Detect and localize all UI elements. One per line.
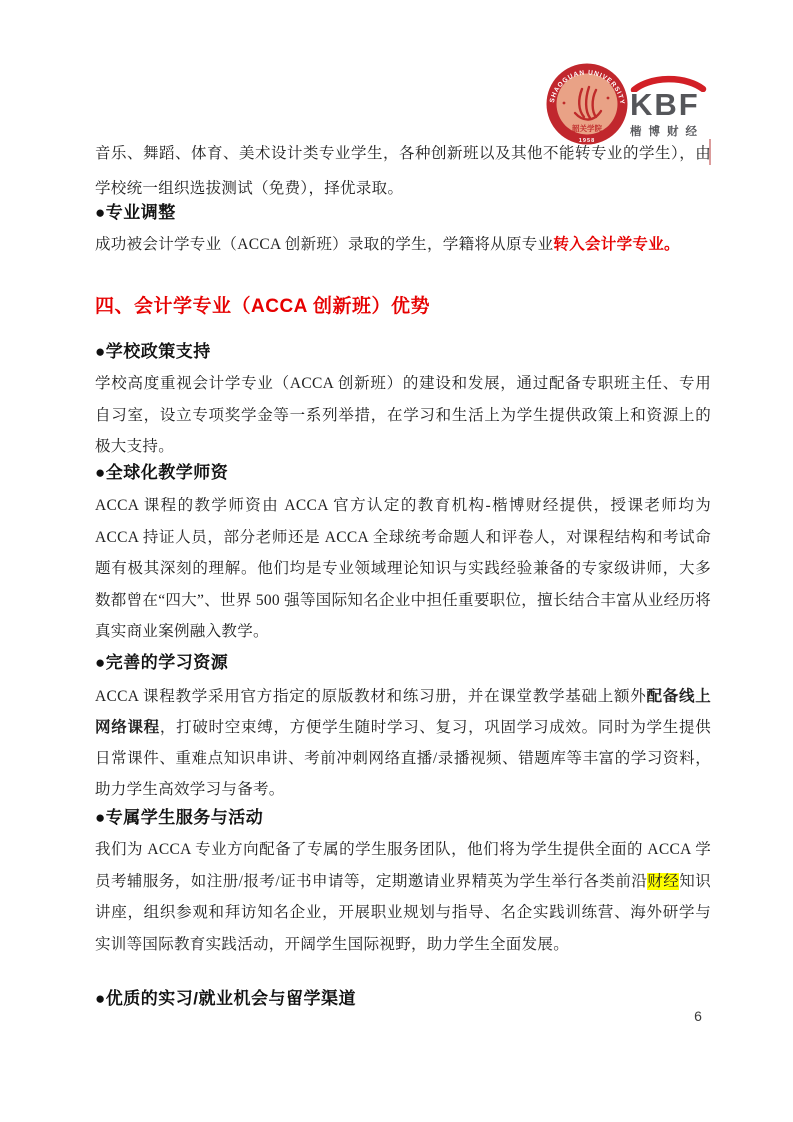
school-policy-paragraph: 学校高度重视会计学专业（ACCA 创新班）的建设和发展，通过配备专职班主任、专用… [95, 368, 711, 463]
global-faculty-paragraph: ACCA 课程的教学师资由 ACCA 官方认定的教育机构-楷博财经提供，授课老师… [95, 490, 711, 648]
heading-global-faculty: ●全球化教学师资 [95, 462, 711, 484]
adjustment-paragraph: 成功被会计学专业（ACCA 创新班）录取的学生，学籍将从原专业转入会计学专业。 [95, 229, 711, 261]
intro-paragraph: 音乐、舞蹈、体育、美术设计类专业学生，各种创新班以及其他不能转专业的学生），由学… [95, 136, 711, 206]
heading-major-adjustment: ●专业调整 [95, 202, 711, 224]
document-page: SHAOGUAN UNIVERSITY 韶关学院 1958 KBF 楷博财经 音… [0, 0, 793, 1122]
page-number: 6 [686, 1008, 710, 1024]
resources-text-pre: ACCA 课程教学采用官方指定的原版教材和练习册，并在课堂教学基础上额外 [95, 688, 646, 705]
adjustment-text-normal: 成功被会计学专业（ACCA 创新班）录取的学生，学籍将从原专业 [95, 236, 553, 253]
heading-learning-resources: ●完善的学习资源 [95, 652, 711, 674]
heading-school-policy: ●学校政策支持 [95, 341, 711, 363]
document-content: 音乐、舞蹈、体育、美术设计类专业学生，各种创新班以及其他不能转专业的学生），由学… [95, 0, 711, 1122]
adjustment-text-red: 转入会计学专业。 [553, 236, 679, 253]
student-services-paragraph: 我们为 ACCA 专业方向配备了专属的学生服务团队，他们将为学生提供全面的 AC… [95, 834, 711, 960]
heading-internship-abroad: ●优质的实习/就业机会与留学渠道 [95, 988, 711, 1010]
section-title: 四、会计学专业（ACCA 创新班）优势 [95, 293, 711, 321]
services-text-highlighted: 财经 [647, 873, 679, 890]
heading-student-services: ●专属学生服务与活动 [95, 807, 711, 829]
services-text-pre: 我们为 ACCA 专业方向配备了专属的学生服务团队，他们将为学生提供全面的 AC… [95, 841, 711, 890]
resources-text-post: ，打破时空束缚，方便学生随时学习、复习，巩固学习成效。同时为学生提供日常课件、重… [95, 719, 711, 798]
learning-resources-paragraph: ACCA 课程教学采用官方指定的原版教材和练习册，并在课堂教学基础上额外配备线上… [95, 681, 711, 805]
